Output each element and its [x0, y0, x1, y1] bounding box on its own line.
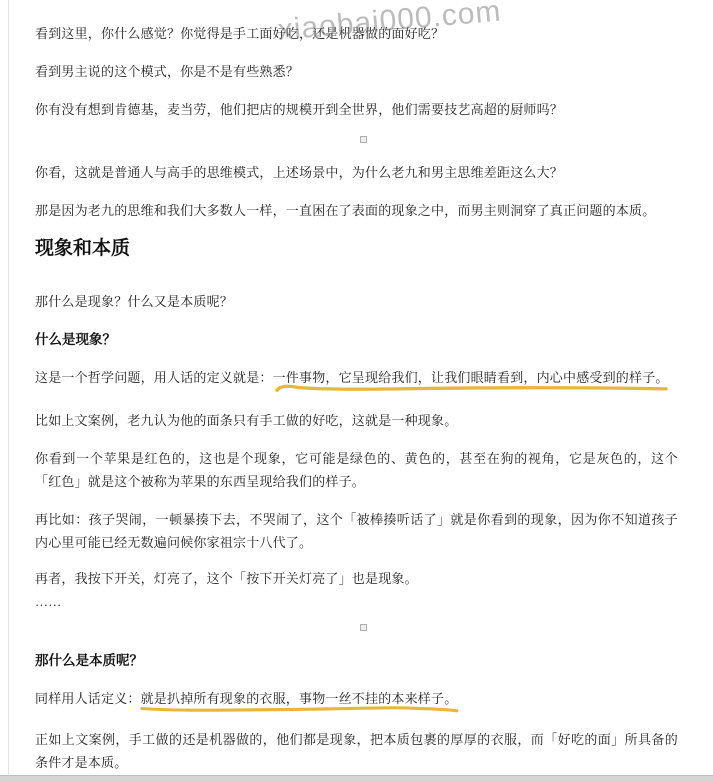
image-placeholder-row	[35, 136, 678, 143]
lead-question: 那什么是现象？什么又是本质呢？	[35, 290, 678, 313]
bottom-window-edge-bar	[0, 775, 713, 781]
highlighted-text: 一件事物，它呈现给我们，让我们眼睛看到，内心中感受到的样子。	[273, 370, 669, 385]
section-heading: 现象和本质	[35, 237, 678, 261]
subheading-essence: 那什么是本质呢？	[35, 649, 678, 672]
definition-prefix: 同样用人话定义：	[35, 691, 141, 706]
highlighted-definition: 一件事物，它呈现给我们，让我们眼睛看到，内心中感受到的样子。	[273, 370, 669, 385]
ellipsis: ……	[35, 592, 678, 612]
article-body: 看到这里，你什么感觉？你觉得是手工面好吃，还是机器做的面好吃？ 看到男主说的这个…	[0, 0, 713, 774]
image-placeholder-icon	[360, 624, 367, 631]
subheading-phenomenon: 什么是现象？	[35, 328, 678, 351]
intro-paragraph: 那是因为老九的思维和我们大多数人一样，一直困在了表面的现象之中，而男主则洞穿了真…	[35, 199, 678, 222]
example-paragraph: 再者，我按下开关，灯亮了，这个「按下开关灯亮了」也是现象。	[35, 567, 678, 590]
essence-definition: 同样用人话定义：就是扒掉所有现象的衣服，事物一丝不挂的本来样子。	[35, 687, 678, 710]
highlighted-text: 就是扒掉所有现象的衣服，事物一丝不挂的本来样子。	[141, 691, 458, 706]
image-placeholder-row	[35, 624, 678, 631]
example-paragraph: 比如上文案例，老九认为他的面条只有手工做的好吃，这就是一种现象。	[35, 409, 678, 432]
definition-prefix: 这是一个哲学问题，用人话的定义就是：	[35, 370, 273, 385]
intro-paragraph: 你有没有想到肯德基，麦当劳，他们把店的规模开到全世界，他们需要技艺高超的厨师吗？	[35, 98, 678, 121]
intro-paragraph: 看到这里，你什么感觉？你觉得是手工面好吃，还是机器做的面好吃？	[35, 22, 678, 45]
intro-paragraph: 看到男主说的这个模式，你是不是有些熟悉？	[35, 60, 678, 83]
example-paragraph: 你看到一个苹果是红色的，这也是个现象，它可能是绿色的、黄色的，甚至在狗的视角，它…	[35, 447, 678, 493]
conclusion-paragraph: 正如上文案例，手工做的还是机器做的，他们都是现象，把本质包裹的厚厚的衣服，而「好…	[35, 728, 678, 774]
image-placeholder-icon	[360, 136, 367, 143]
phenomenon-definition: 这是一个哲学问题，用人话的定义就是：一件事物，它呈现给我们，让我们眼睛看到，内心…	[35, 366, 678, 389]
highlighted-definition: 就是扒掉所有现象的衣服，事物一丝不挂的本来样子。	[141, 691, 458, 706]
intro-paragraph: 你看，这就是普通人与高手的思维模式，上述场景中，为什么老九和男主思维差距这么大？	[35, 161, 678, 184]
example-paragraph: 再比如：孩子哭闹，一顿暴揍下去，不哭闹了，这个「被棒揍听话了」就是你看到的现象，…	[35, 508, 678, 554]
